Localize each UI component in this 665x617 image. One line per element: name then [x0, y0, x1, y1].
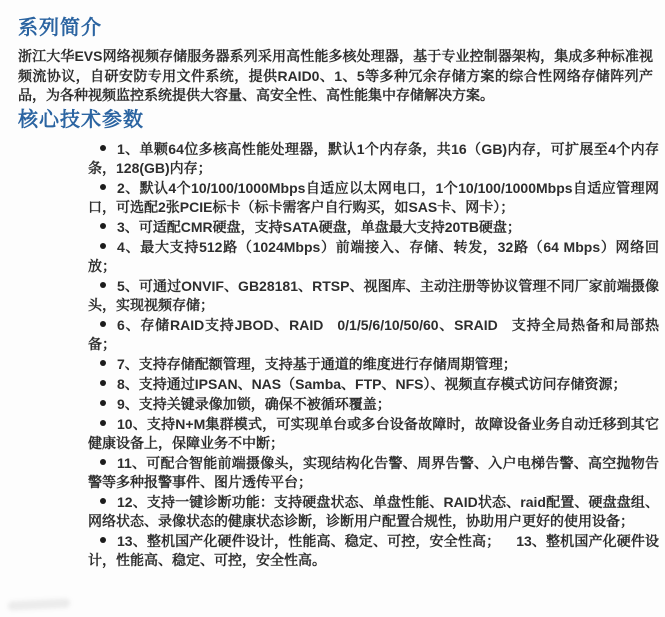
- series-intro-paragraph: 浙江大华EVS网络视频存储服务器系列采用高性能多核处理器，基于专业控制器架构，集…: [18, 47, 653, 106]
- spec-list-item: 1、单颗64位多核高性能处理器，默认1个内存条，共16（GB)内存，可扩展至4个…: [88, 140, 659, 178]
- spec-list-item: 8、支持通过IPSAN、NAS（Samba、FTP、NFS）、视频直存模式访问存…: [88, 375, 659, 394]
- spec-list-item: 10、支持N+M集群模式，可实现单台或多台设备故障时，故障设备业务自动迁移到其它…: [88, 415, 659, 453]
- spec-list-item: 11、可配合智能前端摄像头，实现结构化告警、周界告警、入户电梯告警、高空抛物告警…: [88, 454, 659, 492]
- series-intro-heading: 系列简介: [18, 16, 665, 41]
- core-params-heading: 核心技术参数: [18, 108, 665, 133]
- spec-list: 1、单颗64位多核高性能处理器，默认1个内存条，共16（GB)内存，可扩展至4个…: [88, 140, 659, 570]
- spec-list-item: 2、默认4个10/100/1000Mbps自适应以太网电口，1个10/100/1…: [88, 179, 659, 217]
- spec-list-item: 7、支持存储配额管理，支持基于通道的维度进行存储周期管理；: [88, 355, 659, 374]
- spec-list-item: 13、整机国产化硬件设计，性能高、稳定、可控，安全性高； 13、整机国产化硬件设…: [88, 532, 659, 570]
- document-page: 系列简介 浙江大华EVS网络视频存储服务器系列采用高性能多核处理器，基于专业控制…: [0, 0, 665, 617]
- spec-list-item: 12、支持一键诊断功能：支持硬盘状态、单盘性能、RAID状态、raid配置、硬盘…: [88, 493, 659, 531]
- spec-list-item: 9、支持关键录像加锁，确保不被循环覆盖；: [88, 395, 659, 414]
- spec-list-item: 6、存储RAID支持JBOD、RAID 0/1/5/6/10/50/60、SRA…: [88, 316, 659, 354]
- spec-list-item: 3、可适配CMR硬盘，支持SATA硬盘，单盘最大支持20TB硬盘；: [88, 218, 659, 237]
- faint-watermark: [8, 598, 70, 610]
- spec-list-item: 4、最大支持512路（1024Mbps）前端接入、存储、转发，32路（64 Mb…: [88, 238, 659, 276]
- spec-list-item: 5、可通过ONVIF、GB28181、RTSP、视图库、主动注册等协议管理不同厂…: [88, 277, 659, 315]
